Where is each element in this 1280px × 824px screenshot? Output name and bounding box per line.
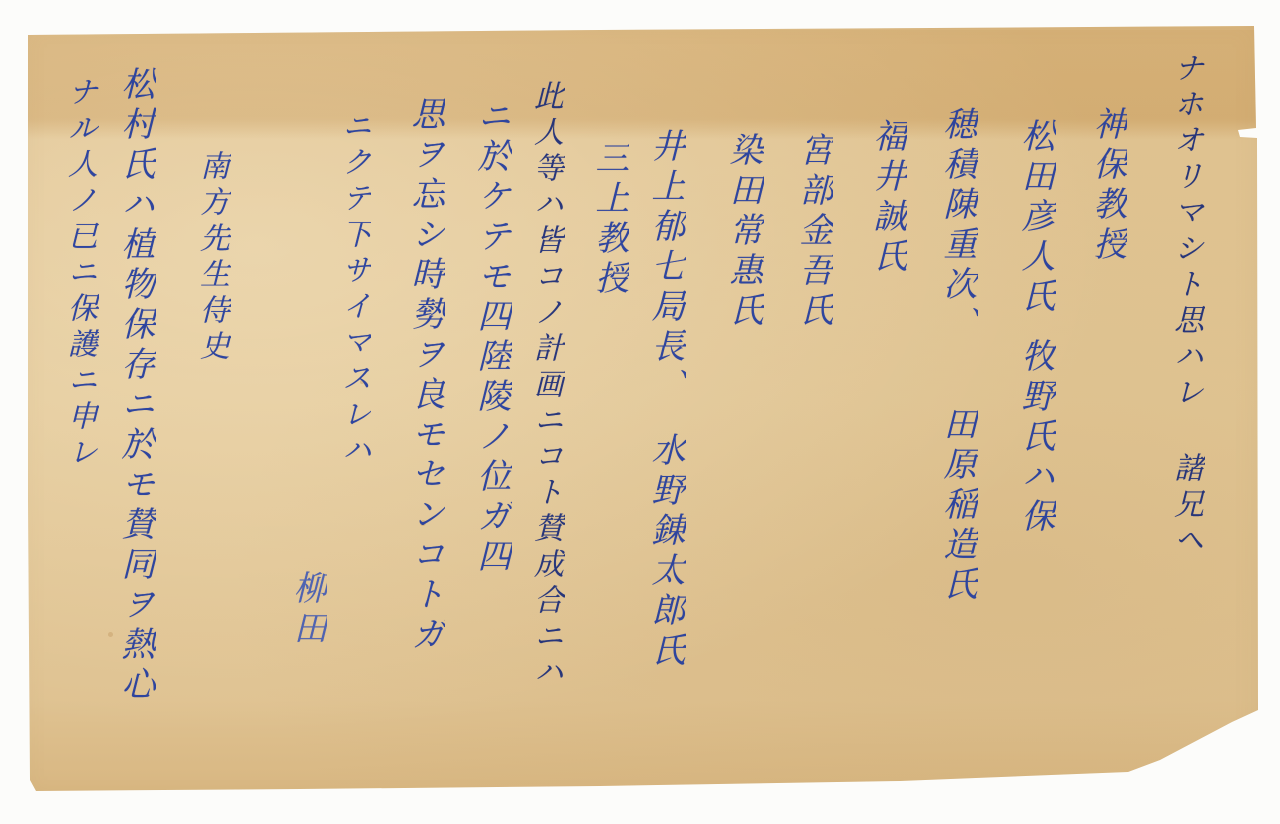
scanned-document: ナホオリマシト思ハレ諸兄ヘ 神保教授 松田彦人氏牧野氏ハ保 穂積陳重次、田原稲造… — [0, 0, 1280, 824]
column-text: 松村氏ハ植物保存ニ於モ賛同ヲ熱心 — [115, 66, 155, 706]
text-column-15: 南方先生侍史 — [196, 150, 226, 366]
column-tail: 田原稲造氏 — [937, 406, 977, 606]
text-column-16: 松村氏ハ植物保存ニ於モ賛同ヲ熱心 — [118, 66, 152, 706]
column-tail: 水野錬太郎氏 — [645, 432, 685, 672]
text-column-12: 思ヲ忘シ時勢ヲ良モセンコトガ — [408, 96, 442, 656]
column-text: 南方先生侍史 — [194, 150, 229, 366]
column-text: 松田彦人氏 — [1015, 118, 1055, 318]
text-column-7: 染田常惠氏 — [726, 132, 760, 332]
column-tail: 牧野氏ハ保 — [1015, 338, 1055, 538]
column-text: 福井誠氏 — [867, 118, 907, 278]
column-text: 宮部金吾氏 — [793, 132, 833, 332]
paper-stain — [108, 632, 113, 637]
column-text: 思ヲ忘シ時勢ヲ良モセンコトガ — [405, 96, 445, 656]
text-column-17: ナル人ノ已ニ保護ニ申レ — [64, 76, 94, 472]
text-column-8: 井上郁七局長、水野錬太郎氏 — [648, 128, 682, 672]
column-text: ナル人ノ已ニ保護ニ申レ — [62, 76, 97, 472]
column-text: 此人等ハ皆コノ計画ニコト賛成合ニハ — [528, 80, 563, 692]
column-text: ニ於ケテモ四陸陵ノ位ガ四 — [471, 98, 511, 578]
text-column-10: 此人等ハ皆コノ計画ニコト賛成合ニハ — [530, 80, 560, 692]
text-column-11: ニ於ケテモ四陸陵ノ位ガ四 — [474, 98, 508, 578]
signature-text: 柳田 — [287, 570, 327, 650]
text-column-4: 穂積陳重次、田原稲造氏 — [940, 106, 974, 606]
column-text: 染田常惠氏 — [723, 132, 763, 332]
column-tail: 諸兄ヘ — [1168, 452, 1203, 560]
column-text: 三上教授 — [589, 140, 629, 300]
text-column-9: 三上教授 — [592, 140, 626, 300]
column-text: ニクテ下サイマスレハ — [336, 110, 371, 470]
column-text: 井上郁七局長、 — [645, 128, 685, 408]
signature: 柳田 — [290, 570, 324, 650]
text-column-13: ニクテ下サイマスレハ — [338, 110, 368, 470]
text-column-5: 福井誠氏 — [870, 118, 904, 278]
text-column-3: 松田彦人氏牧野氏ハ保 — [1018, 118, 1052, 538]
text-column-6: 宮部金吾氏 — [796, 132, 830, 332]
text-column-1: ナホオリマシト思ハレ諸兄ヘ — [1170, 52, 1200, 560]
column-text: 神保教授 — [1087, 106, 1127, 266]
column-text: 穂積陳重次、 — [937, 106, 977, 346]
column-text: ナホオリマシト思ハレ — [1168, 52, 1203, 412]
text-column-2: 神保教授 — [1090, 106, 1124, 266]
